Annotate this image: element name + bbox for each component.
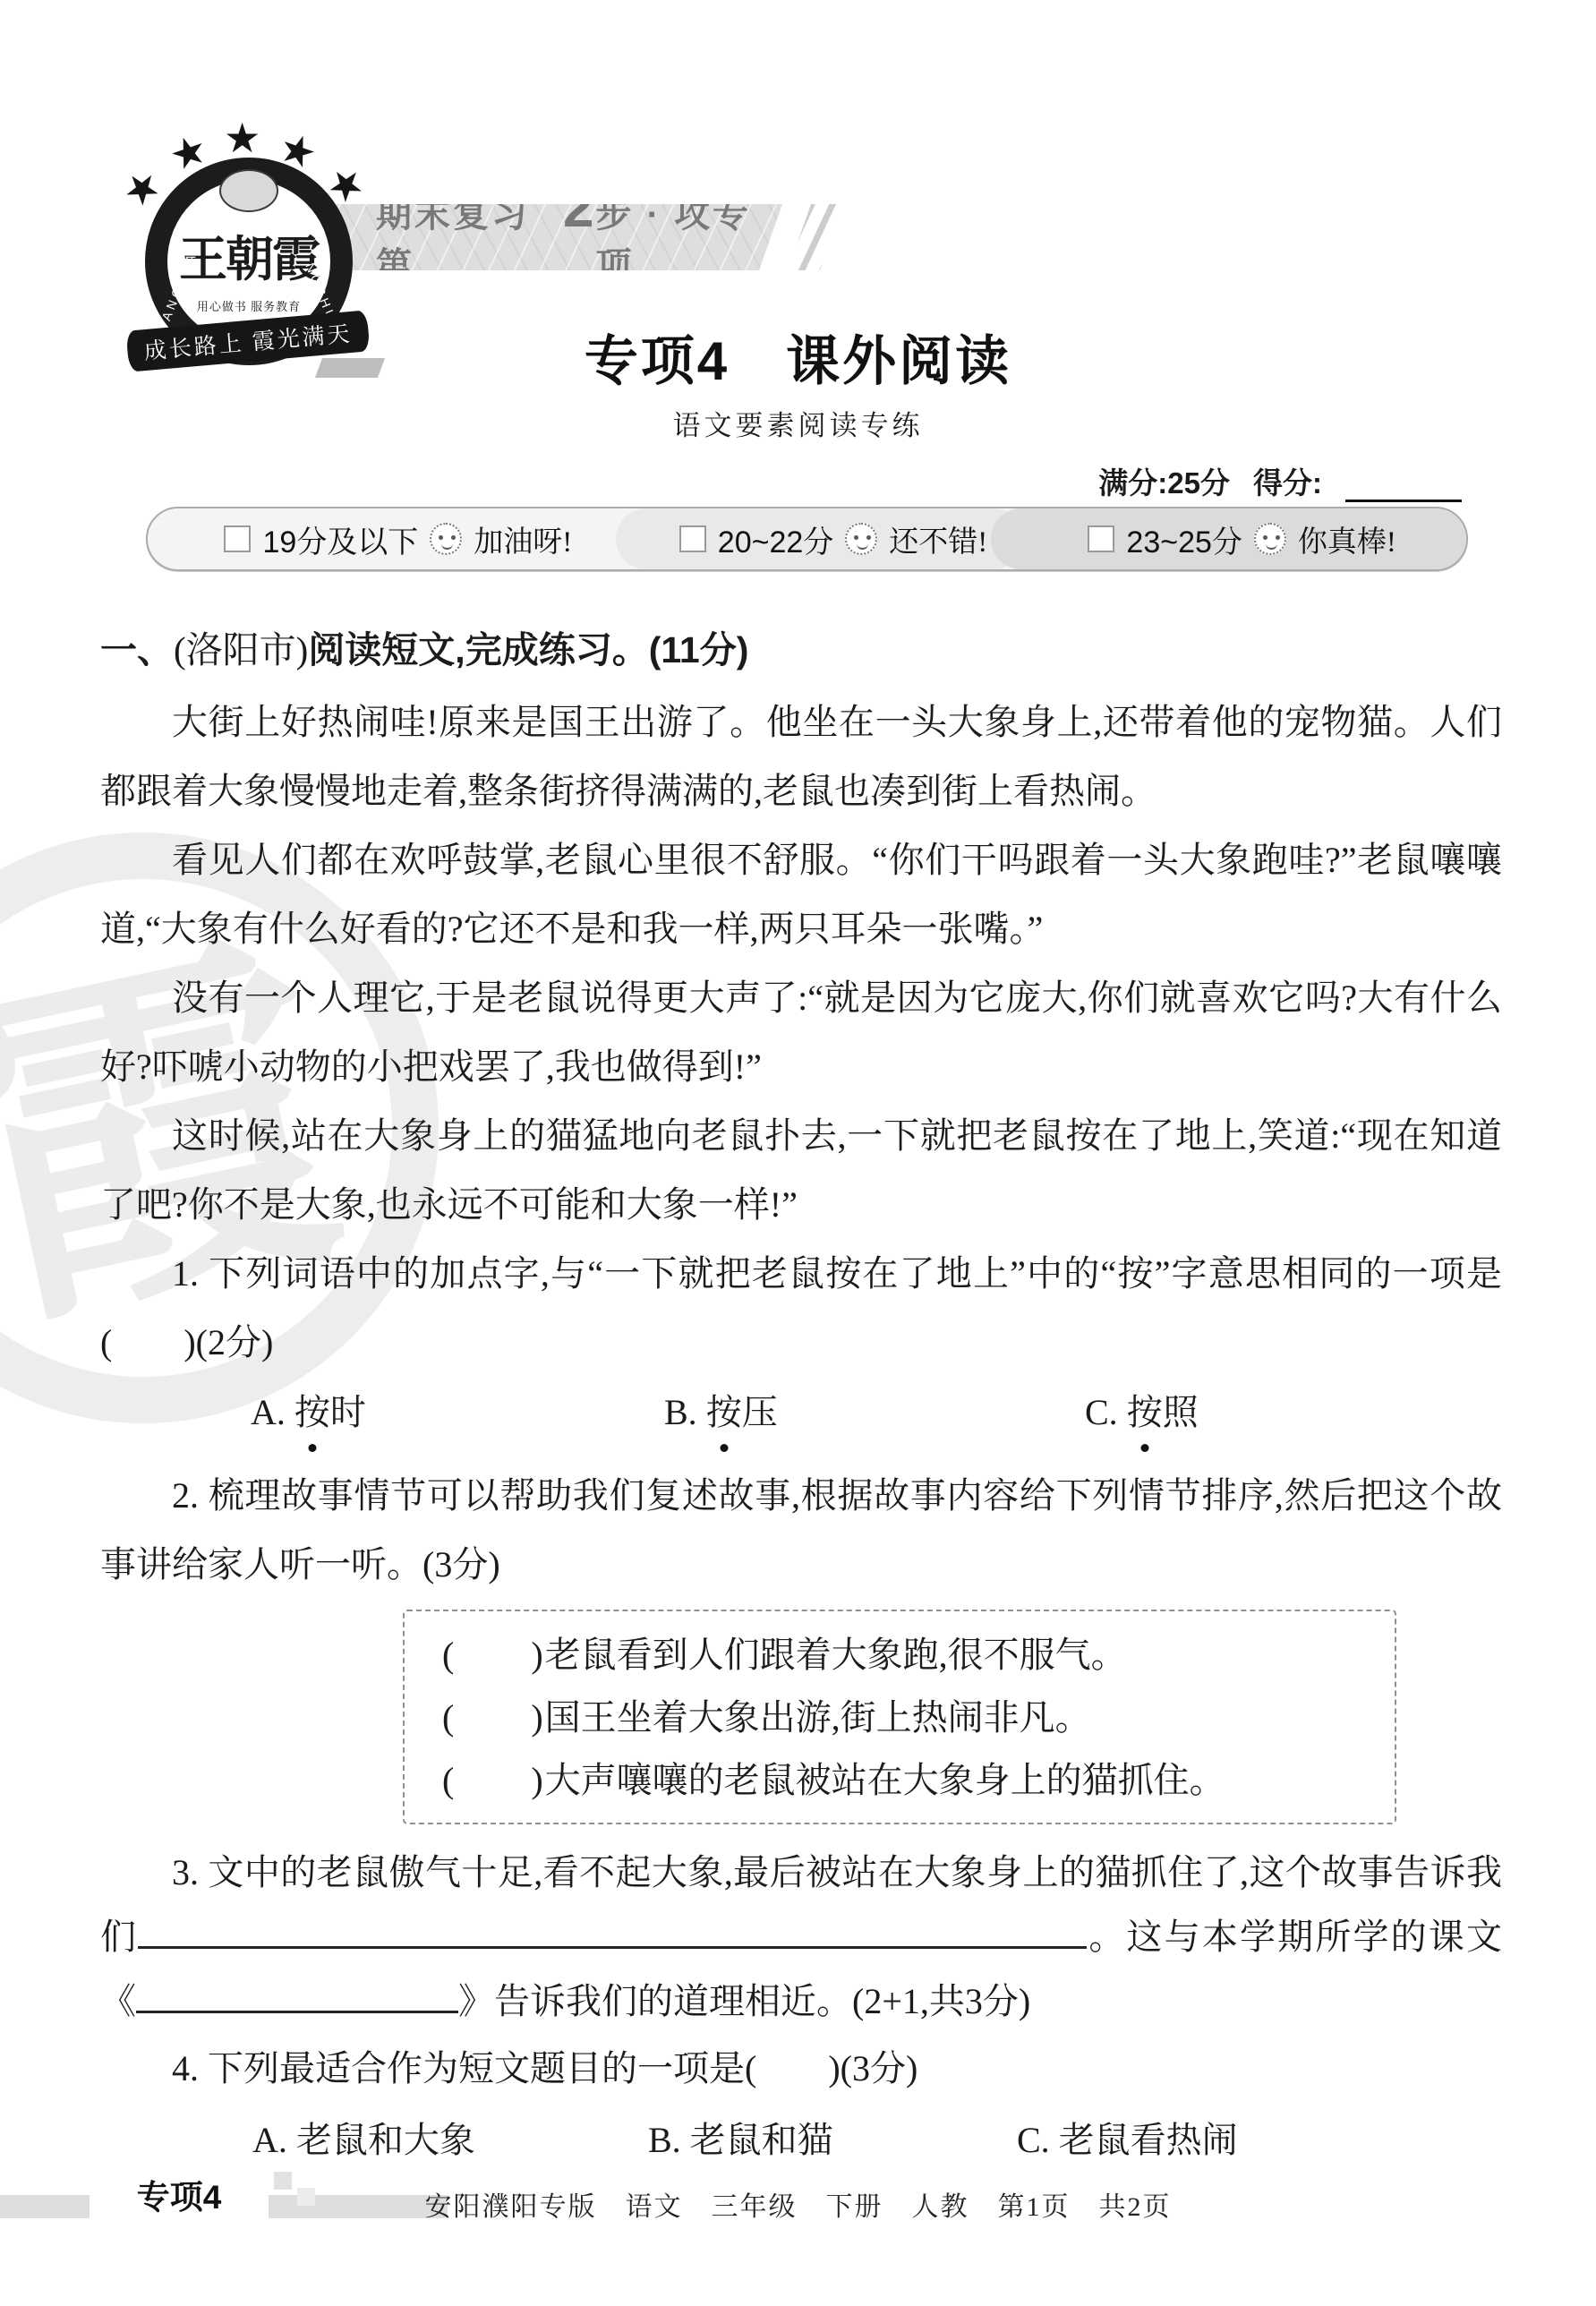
- dotted-char: 按: [1127, 1386, 1163, 1439]
- order-answer-slot[interactable]: ( ): [442, 1697, 545, 1738]
- passage-paragraph: 看见人们都在欢呼鼓掌,老鼠心里很不舒服。“你们干吗跟着一头大象跑哇?”老鼠嚷嚷道…: [100, 825, 1502, 963]
- dotted-char: 按: [706, 1386, 742, 1439]
- ok-face-icon: [845, 523, 877, 555]
- banner-prefix: 期末复习第: [376, 186, 561, 288]
- ordering-item: ( )大声嚷嚷的老鼠被站在大象身上的猫抓住。: [442, 1749, 1368, 1812]
- reading-passage: 大街上好热闹哇!原来是国王出游了。他坐在一头大象身上,还带着他的宠物猫。人们都跟…: [100, 688, 1502, 1239]
- ordering-item-text: 国王坐着大象出游,街上热闹非凡。: [545, 1697, 1091, 1738]
- ordering-item: ( )国王坐着大象出游,街上热闹非凡。: [442, 1687, 1368, 1749]
- score-band-high: 23~25分 你真棒!: [991, 508, 1466, 569]
- worksheet-page: 霞 ★ ★ ★ ★ ★ WANGZHA NGSHU 王朝霞 ® 用心做书 服务教…: [0, 0, 1596, 2306]
- option-letter: B.: [664, 1392, 706, 1432]
- passage-paragraph: 这时候,站在大象身上的猫猛地向老鼠扑去,一下就把老鼠按在了地上,笑道:“现在知道…: [100, 1101, 1502, 1239]
- option-letter: A.: [251, 1392, 294, 1432]
- banner-suffix: 步 · 攻专项: [596, 186, 783, 288]
- answer-blank-2[interactable]: [136, 1976, 458, 2013]
- band-remark: 你真棒!: [1298, 518, 1396, 560]
- question-4-stem: 4. 下列最适合作为短文题目的一项是( )(3分): [100, 2034, 1502, 2103]
- score-band-bar: 19分及以下 加油呀! 20~22分 还不错! 23~25分 你真棒!: [146, 507, 1468, 571]
- band-range: 20~22分: [718, 517, 834, 561]
- ordering-item-text: 大声嚷嚷的老鼠被站在大象身上的猫抓住。: [545, 1760, 1225, 1800]
- banner-stripes-decoration: [788, 204, 843, 270]
- score-checkbox[interactable]: [224, 525, 251, 552]
- option-a: A. 老鼠和大象: [252, 2114, 648, 2167]
- option-b: B. 按压: [664, 1386, 1085, 1439]
- band-remark: 加油呀!: [474, 518, 572, 560]
- got-score-blank[interactable]: [1345, 470, 1462, 502]
- footer-square-decoration: [274, 2172, 292, 2190]
- option-b: B. 老鼠和猫: [648, 2114, 1017, 2167]
- cheer-face-icon: [430, 523, 462, 555]
- score-band-mid: 20~22分 还不错!: [616, 508, 1025, 569]
- footer-square-decoration: [297, 2188, 315, 2206]
- score-band-low: 19分及以下 加油呀!: [148, 508, 649, 569]
- step-banner-text: 期末复习第 2 步 · 攻专项: [376, 186, 782, 288]
- dotted-char: 按: [294, 1386, 330, 1439]
- band-range: 19分及以下: [262, 517, 418, 561]
- option-letter: C.: [1085, 1392, 1127, 1432]
- question-2-stem: 2. 梳理故事情节可以帮助我们复述故事,根据故事内容给下列情节排序,然后把这个故…: [100, 1461, 1502, 1599]
- score-line: 满分:25分 得分:: [1098, 460, 1462, 502]
- option-rest: 压: [742, 1392, 778, 1432]
- great-face-icon: [1254, 523, 1286, 555]
- ordering-item: ( )老鼠看到人们跟着大象跑,很不服气。: [442, 1624, 1368, 1687]
- option-c: C. 老鼠看热闹: [1017, 2114, 1502, 2167]
- score-checkbox[interactable]: [1088, 525, 1114, 552]
- order-answer-slot[interactable]: ( ): [442, 1760, 545, 1800]
- footer-section-tab: 专项4: [90, 2170, 269, 2218]
- ordering-item-text: 老鼠看到人们跟着大象跑,很不服气。: [545, 1635, 1127, 1675]
- got-score-label: 得分:: [1253, 460, 1322, 502]
- section-heading: 一、(洛阳市)阅读短文,完成练习。(11分): [100, 621, 1502, 679]
- band-remark: 还不错!: [889, 518, 987, 560]
- ordering-box: ( )老鼠看到人们跟着大象跑,很不服气。 ( )国王坐着大象出游,街上热闹非凡。…: [403, 1610, 1396, 1824]
- question-3: 3. 文中的老鼠傲气十足,看不起大象,最后被站在大象身上的猫抓住了,这个故事告诉…: [100, 1841, 1502, 2034]
- registered-mark: ®: [317, 209, 325, 224]
- page-subtitle: 语文要素阅读专练: [0, 403, 1596, 443]
- question-3-seg3: 》告诉我们的道理相近。(2+1,共3分): [458, 1981, 1030, 2021]
- answer-blank-1[interactable]: [138, 1911, 1087, 1949]
- option-a: A. 按时: [251, 1386, 664, 1439]
- band-range: 23~25分: [1126, 517, 1242, 561]
- brand-name-text: 王朝霞: [179, 233, 319, 286]
- section-number: 一、: [100, 629, 174, 670]
- question-1-options: A. 按时 B. 按压 C. 按照: [100, 1386, 1502, 1439]
- founder-photo: [219, 169, 278, 212]
- question-4-options: A. 老鼠和大象 B. 老鼠和猫 C. 老鼠看热闹: [100, 2114, 1502, 2167]
- score-checkbox[interactable]: [679, 525, 706, 552]
- section-source: (洛阳市): [174, 629, 308, 670]
- option-rest: 照: [1163, 1392, 1199, 1432]
- passage-paragraph: 大街上好热闹哇!原来是国王出游了。他坐在一头大象身上,还带着他的宠物猫。人们都跟…: [100, 688, 1502, 825]
- brand-logo: ★ ★ ★ ★ ★ WANGZHA NGSHU 王朝霞 ® 用心做书 服务教育 …: [122, 109, 390, 369]
- option-rest: 时: [330, 1392, 366, 1432]
- passage-paragraph: 没有一个人理它,于是老鼠说得更大声了:“就是因为它庞大,你们就喜欢它吗?大有什么…: [100, 963, 1502, 1101]
- section-instruction: 阅读短文,完成练习。(11分): [308, 629, 748, 670]
- order-answer-slot[interactable]: ( ): [442, 1635, 545, 1675]
- main-content: 一、(洛阳市)阅读短文,完成练习。(11分) 大街上好热闹哇!原来是国王出游了。…: [100, 621, 1502, 2167]
- brand-tagline: 用心做书 服务教育: [167, 297, 330, 314]
- option-c: C. 按照: [1085, 1386, 1502, 1439]
- question-1-stem: 1. 下列词语中的加点字,与“一下就把老鼠按在了地上”中的“按”字意思相同的一项…: [100, 1239, 1502, 1377]
- full-score-label: 满分:25分: [1098, 460, 1230, 502]
- ribbon-tail: [315, 358, 385, 378]
- star-icon: ★: [224, 118, 260, 159]
